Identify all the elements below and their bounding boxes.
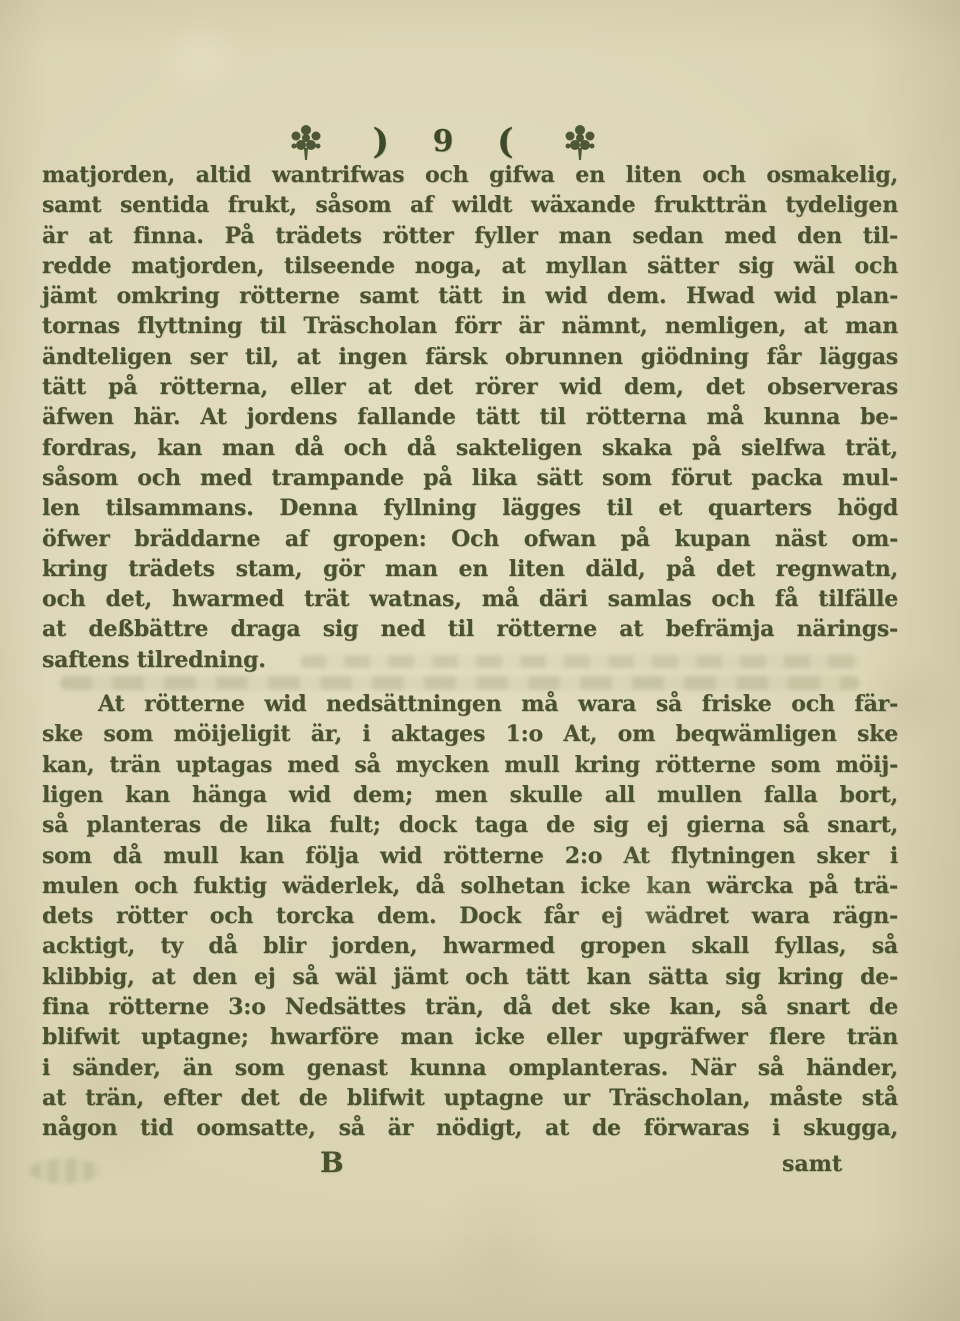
fleuron-icon	[283, 120, 329, 162]
text-line: tornas flyttning til Träscholan förr är …	[42, 311, 898, 341]
text-line: någon tid oomsatte, så är nödigt, at de …	[42, 1113, 898, 1143]
page-number: 9	[433, 124, 454, 159]
text-line: såsom och med trampande på lika sätt som…	[42, 463, 898, 493]
text-line: redde matjorden, tilseende noga, at myll…	[42, 251, 898, 281]
catchword: samt	[782, 1151, 842, 1177]
text-line: at deßbättre draga sig ned til rötterne …	[42, 614, 898, 644]
text-line: saftens tilredning.	[42, 645, 898, 675]
text-line: är at finna. På trädets rötter fyller ma…	[42, 221, 898, 251]
header-left-bracket: )	[373, 121, 390, 162]
text-line: fina rötterne 3:o Nedsättes trän, då det…	[42, 992, 898, 1022]
paragraph: matjorden, altid wantrifwas och gifwa en…	[42, 160, 898, 675]
text-line: blifwit uptagne; hwarföre man icke eller…	[42, 1022, 898, 1052]
text-line: öfwer bräddarne af gropen: Och ofwan på …	[42, 524, 898, 554]
text-line: kan, trän uptagas med så mycken mull kri…	[42, 750, 898, 780]
text-line: klibbig, at den ej så wäl jämt och tätt …	[42, 962, 898, 992]
text-line: acktigt, ty då blir jorden, hwarmed grop…	[42, 931, 898, 961]
signature-mark: B	[320, 1146, 344, 1179]
text-line: så planteras de lika fult; dock taga de …	[42, 810, 898, 840]
text-line: fordras, kan man då och då sakteligen sk…	[42, 433, 898, 463]
text-line: At rötterne wid nedsättningen må wara så…	[42, 689, 898, 719]
text-line: matjorden, altid wantrifwas och gifwa en…	[42, 160, 898, 190]
text-line: ligen kan hänga wid dem; men skulle all …	[42, 780, 898, 810]
paragraph: At rötterne wid nedsättningen må wara så…	[42, 689, 898, 1143]
text-line: i sänder, än som genast kunna omplantera…	[42, 1053, 898, 1083]
text-line: tätt på rötterna, eller at det rörer wid…	[42, 372, 898, 402]
text-line: mulen och fuktig wäderlek, då solhetan i…	[42, 871, 898, 901]
text-line: at trän, efter det de blifwit uptagne ur…	[42, 1083, 898, 1113]
text-line: äfwen här. At jordens fallande tätt til …	[42, 402, 898, 432]
book-page-scan: ) 9 ( matjorden, altid wantrifwas och gi	[0, 0, 960, 1321]
text-line: samt sentida frukt, såsom af wildt wäxan…	[42, 190, 898, 220]
text-line: ändteligen ser til, at ingen färsk obrun…	[42, 342, 898, 372]
text-line: kring trädets stam, gör man en liten däl…	[42, 554, 898, 584]
fleuron-icon	[557, 120, 603, 162]
text-line: jämt omkring rötterne samt tätt in wid d…	[42, 281, 898, 311]
header-right-bracket: (	[497, 121, 514, 162]
paper-stain	[30, 1158, 100, 1184]
text-line: len tilsammans. Denna fyllning lägges ti…	[42, 493, 898, 523]
text-line: som då mull kan följa wid rötterne 2:o A…	[42, 841, 898, 871]
text-line: ske som möijeligit är, i aktages 1:o At,…	[42, 719, 898, 749]
body-text: matjorden, altid wantrifwas och gifwa en…	[42, 160, 898, 1144]
text-line: och det, hwarmed trät watnas, må däri sa…	[42, 584, 898, 614]
text-line: dets rötter och torcka dem. Dock får ej …	[42, 901, 898, 931]
